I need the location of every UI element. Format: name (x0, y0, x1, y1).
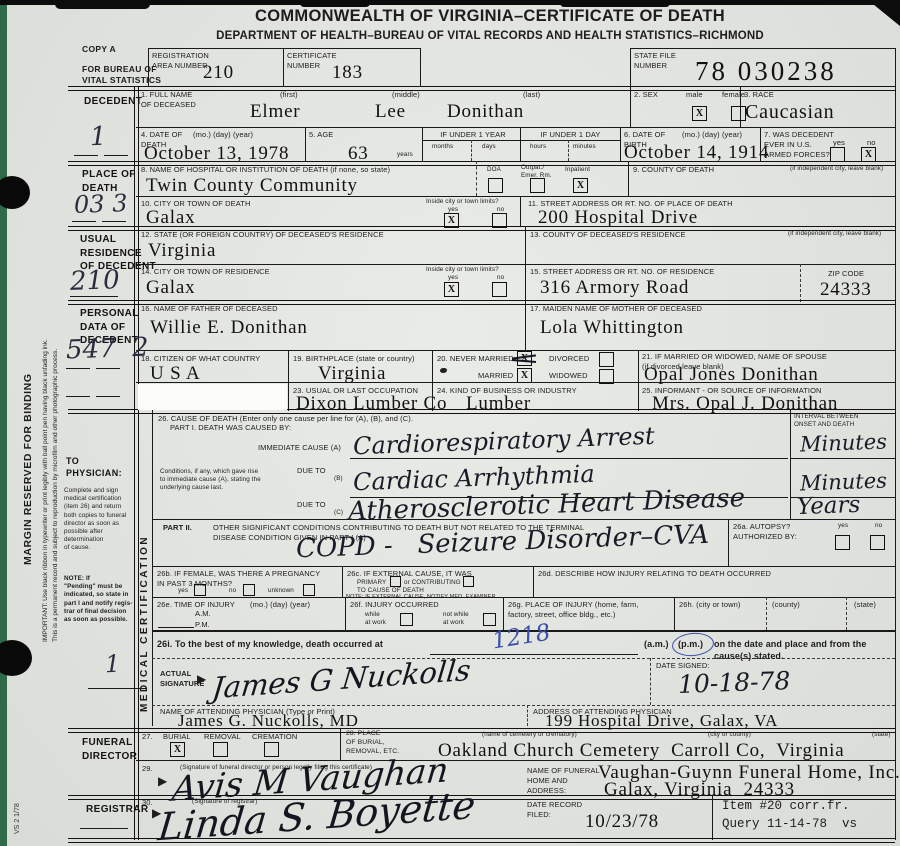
divider (152, 597, 895, 598)
field26a-label: 26a. AUTOPSY? (733, 522, 790, 532)
margin-blank (88, 688, 146, 689)
limits-yes-label: yes (448, 274, 458, 282)
field26h-label: 26h. (city or town) (679, 600, 741, 610)
sex-male-label: male (686, 90, 703, 100)
city-of-death-value: Galax (146, 207, 195, 229)
medical-certification-vertical-label: MEDICAL CERTIFICATION (139, 535, 150, 712)
checkbox-armed-forces-no: X (861, 147, 876, 162)
section-label-to-physician: TO PHYSICIAN: (66, 455, 122, 479)
margin-mark-place: 03 3 (74, 189, 128, 219)
checkbox-autopsy-yes (835, 535, 850, 550)
copy-label: COPY A (82, 44, 116, 55)
section-label-funeral: FUNERAL DIRECTOR (82, 736, 137, 763)
residence-city-value: Galax (146, 277, 195, 299)
field6-hint: (mo.) (day) (year) (682, 130, 742, 140)
divider (630, 48, 631, 86)
zip-label: ZIP CODE (828, 269, 864, 279)
divider (525, 300, 526, 350)
writing-line (158, 627, 194, 628)
date-filed-label: DATE RECORD FILED: (527, 800, 582, 820)
bureau-label: FOR BUREAU OF VITAL STATISTICS (82, 64, 161, 86)
divider (620, 127, 621, 161)
autopsy-no-label: no (875, 522, 882, 530)
field26e-hint: (mo.) (day) (year) (250, 600, 310, 610)
burial-label: BURIAL (163, 732, 191, 742)
field16-label: 16. NAME OF FATHER OF DECEASED (141, 304, 278, 314)
divider (525, 226, 526, 264)
divider (568, 140, 569, 161)
field20-never-married-label: 20. NEVER MARRIED (437, 354, 514, 364)
divider (712, 795, 713, 840)
checkbox-removal (213, 742, 228, 757)
state-file-value: 78 030238 (695, 56, 837, 87)
margin-blank (80, 828, 128, 829)
divider (525, 264, 526, 302)
informant-value: Mrs. Opal J. Donithan (652, 393, 838, 415)
divider (520, 196, 521, 226)
margin-blank (72, 221, 96, 222)
section-label-decedent: DECEDENT (84, 95, 142, 109)
burial-place-value: Oakland Church Cemetery Carroll Co, Virg… (438, 740, 844, 762)
checkbox-limits-res-no (492, 282, 507, 297)
registration-area-value: 210 (203, 62, 234, 84)
form-code: VS 2 1/78 (14, 803, 21, 834)
industry-value: Lumber (466, 393, 531, 415)
under-1-year-days: days (482, 143, 496, 151)
divider (766, 597, 767, 630)
divider (152, 566, 895, 567)
sex-female-label: female (722, 90, 745, 100)
divider (533, 566, 534, 597)
age-unit-hint: years (397, 151, 413, 159)
margin-mark-decedent: 1 (89, 122, 107, 153)
correction-stamp-line1: Item #20 corr.fr. (722, 799, 850, 813)
field9-label: 9. COUNTY OF DEATH (633, 165, 714, 175)
checkbox-while-at-work (400, 613, 413, 626)
mother-name-value: Lola Whittington (540, 317, 684, 339)
divider (790, 409, 791, 519)
field10-limits-hint: Inside city or town limits? (426, 198, 499, 206)
residence-address-value: 316 Armory Road (540, 277, 689, 299)
field26-label2: PART I. DEATH WAS CAUSED BY: (170, 423, 291, 433)
torn-top-blob (300, 0, 370, 7)
interval-c-value: Years (797, 492, 861, 520)
part2-tag: PART II. (163, 523, 192, 533)
field3-label: 3. RACE (744, 90, 774, 100)
checkbox-limits-res-yes: X (444, 282, 459, 297)
field13-hint: (if independent city, leave blank) (788, 230, 881, 238)
checkbox-autopsy-no (870, 535, 885, 550)
checkbox-outpatient (530, 178, 545, 193)
field26h-county-hint: (county) (772, 600, 800, 610)
under-1-day-minutes: minutes (573, 143, 596, 151)
zip-value: 24333 (820, 279, 872, 301)
field29-label: 29. (142, 764, 153, 774)
divider (136, 264, 895, 265)
divider (630, 86, 631, 127)
doa-label: DOA (487, 166, 501, 174)
field7-label: 7. WAS DECEDENT EVER IN U.S. ARMED FORCE… (764, 130, 834, 159)
field28-hint-state: (state) (872, 731, 891, 739)
conditions-note: Conditions, if any, which gave rise to i… (160, 468, 261, 493)
field20-married-label: MARRIED (478, 371, 513, 381)
checkbox-armed-forces-yes (830, 147, 845, 162)
certificate-number-value: 183 (332, 62, 363, 84)
margin-blank (104, 155, 128, 156)
interval-header: INTERVAL BETWEEN ONSET AND DEATH (794, 413, 858, 429)
field28-hint-cemetery: (name of cemetery or crematory) (482, 731, 577, 739)
checkbox-doa (488, 178, 503, 193)
certificate-number-label: CERTIFICATE NUMBER (287, 51, 337, 71)
checkbox-limits-death-yes: X (444, 213, 459, 228)
funeral-home-label: NAME OF FUNERAL HOME AND ADDRESS: (527, 766, 600, 795)
divider (527, 705, 528, 726)
removal-label: REMOVAL (204, 732, 241, 742)
whiteout-correction (138, 384, 287, 410)
divider (650, 658, 651, 705)
page-title: COMMONWEALTH OF VIRGINIA–CERTIFICATE OF … (140, 6, 840, 27)
occupation-value: Dixon Lumber Co (296, 393, 447, 415)
injury-not-while-at-work-label: not while at work (443, 611, 469, 627)
divider (345, 597, 346, 630)
correction-stamp-line2: Query 11-14-78 vs (722, 817, 857, 831)
field26i-suffix: on the date and place and from the cause… (714, 639, 900, 662)
divider (422, 127, 423, 161)
first-name-value: Elmer (250, 101, 300, 123)
field1-hint-first: (first) (280, 90, 298, 100)
death-certificate-sheet: MARGIN RESERVED FOR BINDING IMPORTANT: U… (0, 0, 900, 846)
field4-hint: (mo.) (day) (year) (193, 130, 253, 140)
divider (476, 161, 477, 196)
field26a-label2: AUTHORIZED BY: (733, 532, 797, 542)
checkbox-pregnancy-yes (194, 584, 206, 596)
field26i-prefix: 26i. To the best of my knowledge, death … (157, 639, 383, 651)
field26i-am-option: (a.m.) (644, 639, 669, 651)
checkbox-cremation (264, 742, 279, 757)
margin-mark-personal: 547 2 (66, 333, 150, 366)
due-to-b-tag: (B) (334, 475, 343, 483)
field26g-label: 26g. PLACE OF INJURY (home, farm, factor… (508, 600, 639, 620)
date-of-death-value: October 13, 1978 (144, 143, 289, 165)
physician-name-value: James G. Nuckolls, MD (178, 711, 359, 731)
margin-important-note: This is a permanent record and subject t… (52, 349, 59, 642)
hospital-value: Twin County Community (146, 175, 358, 197)
physician-address-value: 199 Hospital Drive, Galax, VA (545, 711, 778, 731)
field1-hint-last: (last) (523, 90, 540, 100)
field1-hint-middle: (middle) (392, 90, 420, 100)
injury-while-at-work-label: while at work (365, 611, 386, 627)
checkbox-not-while-at-work (483, 613, 496, 626)
binding-edge-strip (0, 0, 7, 846)
torn-top-blob (55, 0, 150, 9)
injury-pm-label: P.M. (195, 620, 210, 630)
field15-label: 15. STREET ADDRESS OR RT. NO. OF RESIDEN… (530, 267, 714, 277)
field20-widowed-label: WIDOWED (549, 371, 588, 381)
divider (136, 127, 895, 128)
margin-blank (102, 221, 126, 222)
divider (152, 705, 895, 706)
divider (503, 597, 504, 630)
writing-line (350, 458, 788, 459)
pregnancy-unknown-label: unknown (268, 587, 294, 595)
frame-rule (134, 86, 139, 840)
divider (628, 161, 629, 196)
external-contributing-label: or CONTRIBUTING (404, 579, 461, 587)
state-file-label: STATE FILE NUMBER (634, 51, 676, 71)
checkbox-married: X (517, 368, 532, 383)
pregnancy-yes-label: yes (178, 587, 188, 595)
margin-blank (96, 368, 120, 369)
ink-blot (440, 368, 447, 373)
field13-label: 13. COUNTY OF DECEASED'S RESIDENCE (530, 230, 686, 240)
hole-punch (0, 640, 32, 676)
field28-label: 28. PLACE OF BURIAL, REMOVAL, ETC. (346, 730, 399, 756)
race-value: Caucasian (745, 101, 834, 124)
writing-line (790, 458, 895, 459)
to-physician-note: Complete and sign medical certification … (64, 487, 134, 552)
registration-area-label: REGISTRATION AREA NUMBER (152, 51, 209, 71)
field12-label: 12. STATE (OR FOREIGN COUNTRY) OF DECEAS… (141, 230, 384, 240)
injury-am-label: A.M. (195, 609, 211, 619)
divider (630, 48, 895, 49)
due-to-c-tag: (C) (334, 509, 343, 517)
frame-rule (895, 48, 896, 840)
divider (638, 350, 639, 411)
divider (288, 350, 289, 411)
death-time-value: 1218 (490, 620, 552, 655)
checkbox-pregnancy-no (243, 584, 255, 596)
torn-top-blob (560, 0, 670, 7)
margin-blank (74, 155, 98, 156)
death-address-value: 200 Hospital Drive (538, 207, 698, 229)
divider (674, 597, 675, 630)
field9-hint: (if independent city, leave blank) (790, 165, 883, 173)
birthplace-value: Virginia (318, 363, 386, 385)
field14-limits-hint: Inside city or town limits? (426, 266, 499, 274)
due-to-c-label: DUE TO (297, 500, 326, 510)
checkbox-sex-female (731, 106, 746, 121)
under-1-day-hours: hours (530, 143, 546, 151)
field20-divorced-label: DIVORCED (549, 354, 589, 364)
pm-circle-mark (671, 631, 715, 658)
divider (420, 48, 421, 86)
hole-punch (0, 176, 30, 209)
signature-arrow-icon: ▶ (197, 672, 206, 688)
field17-label: 17. MAIDEN NAME OF MOTHER OF DECEASED (530, 304, 702, 314)
to-physician-note2: NOTE: If "Pending" must be indicated, so… (64, 575, 134, 624)
spouse-name-value: Opal Jones Donithan (644, 364, 819, 386)
field26c-label: 26c. IF EXTERNAL CAUSE, IT WAS (347, 569, 472, 579)
divider (283, 48, 284, 86)
field26h-state-hint: (state) (854, 600, 876, 610)
section-label-registrar: REGISTRAR (86, 803, 149, 817)
middle-name-value: Lee (375, 101, 406, 123)
external-primary-label: PRIMARY (357, 579, 386, 587)
divider (305, 127, 306, 161)
field2-label: 2. SEX (634, 90, 658, 100)
binding-margin-label: MARGIN RESERVED FOR BINDING (22, 373, 34, 565)
field8-label: 8. NAME OF HOSPITAL OR INSTITUTION OF DE… (141, 165, 390, 175)
divider (342, 566, 343, 597)
field1-label: 1. FULL NAME OF DECEASED (141, 90, 196, 110)
signature-arrow-icon: ▶ (158, 774, 167, 790)
divider (846, 597, 847, 630)
date-of-birth-value: October 14, 1914 (624, 142, 769, 164)
margin-blank (96, 396, 120, 397)
limits-no-label: no (497, 274, 504, 282)
autopsy-yes-label: yes (838, 522, 848, 530)
under-1-day-header: IF UNDER 1 DAY (522, 130, 619, 140)
margin-blank (66, 396, 90, 397)
due-to-b-label: DUE TO (297, 466, 326, 476)
checkbox-external-contributing (463, 576, 474, 587)
field14-label: 14. CITY OR TOWN OF RESIDENCE (141, 267, 270, 277)
residence-state-value: Virginia (148, 240, 216, 262)
pregnancy-no-label: no (229, 587, 236, 595)
margin-mark-physician: 1 (105, 650, 121, 679)
checkbox-inpatient: X (573, 178, 588, 193)
field27-label: 27. (142, 732, 153, 742)
last-name-value: Donithan (447, 101, 524, 123)
father-name-value: Willie E. Donithan (150, 317, 308, 339)
margin-important-note: IMPORTANT: Use black ribbon in typewrite… (42, 339, 49, 642)
margin-mark-residence: 210 (69, 265, 120, 297)
field26f-label: 26f. INJURY OCCURRED (350, 600, 439, 610)
cremation-label: CREMATION (252, 732, 297, 742)
field26b-label: 26b. IF FEMALE, WAS THERE A PREGNANCY IN… (157, 569, 320, 589)
field26d-label: 26d. DESCRIBE HOW INJURY RELATING TO DEA… (538, 569, 771, 579)
divider (471, 140, 472, 161)
divider (422, 140, 620, 141)
checkbox-external-primary (390, 576, 401, 587)
date-signed-value: 10-18-78 (678, 666, 791, 699)
citizenship-value: U S A (150, 363, 200, 385)
checkbox-sex-male: X (692, 106, 707, 121)
checkbox-divorced (599, 352, 614, 367)
inpatient-label: Inpatient (565, 166, 590, 174)
physician-signature: James G Nuckolls (211, 653, 473, 705)
field28-hint-city: (city or county) (708, 731, 751, 739)
age-value: 63 (348, 143, 369, 165)
date-filed-value: 10/23/78 (585, 811, 659, 833)
margin-blank (66, 368, 90, 369)
interval-a-value: Minutes (800, 429, 888, 456)
checkbox-widowed (599, 369, 614, 384)
divider (340, 728, 341, 760)
checkbox-burial: X (170, 742, 185, 757)
funeral-home-city-value: Galax, Virginia 24333 (604, 779, 795, 801)
under-1-year-months: months (432, 143, 453, 151)
immediate-cause-label: IMMEDIATE CAUSE (A) (258, 443, 341, 453)
cause-a-value: Cardiorespiratory Arrest (353, 422, 655, 461)
under-1-year-header: IF UNDER 1 YEAR (426, 130, 520, 140)
checkbox-limits-death-no (492, 213, 507, 228)
page-subtitle: DEPARTMENT OF HEALTH–BUREAU OF VITAL REC… (140, 29, 840, 44)
divider (800, 264, 801, 302)
field5-label: 5. AGE (309, 130, 333, 140)
checkbox-pregnancy-unknown (303, 584, 315, 596)
divider (152, 409, 153, 726)
